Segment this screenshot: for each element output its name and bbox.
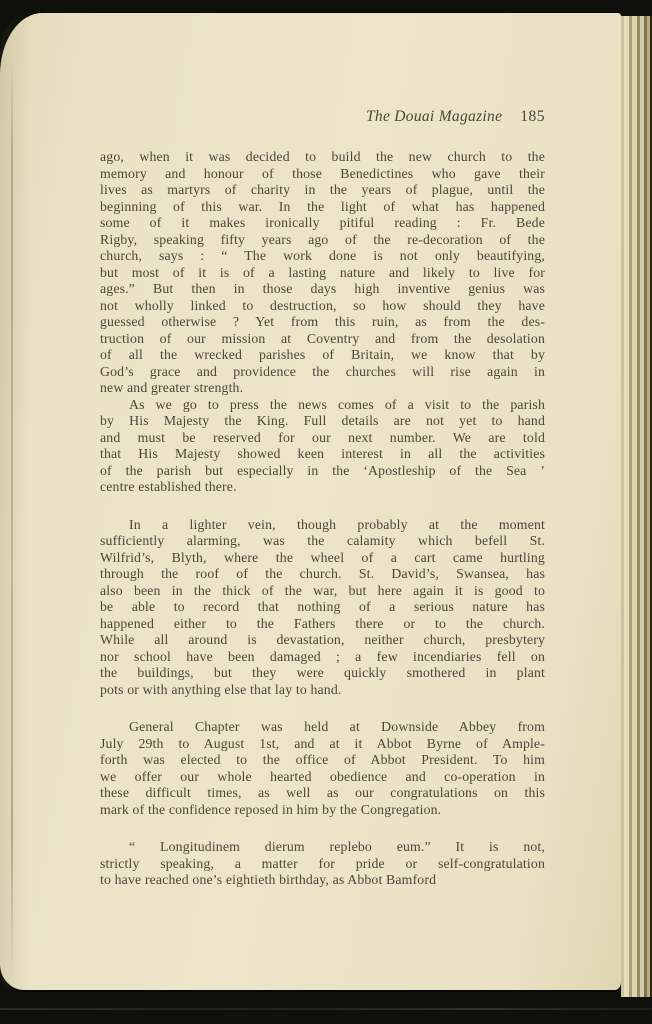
text-line: nor school have been damaged ; a few inc…: [100, 649, 545, 666]
paragraph: As we go to press the news comes of a vi…: [100, 397, 545, 496]
text-line: through the roof of the church. St. Davi…: [100, 566, 545, 583]
text-line: July 29th to August 1st, and at it Abbot…: [100, 736, 545, 753]
text-line: beginning of this war. In the light of w…: [100, 199, 545, 216]
book-scan: The Douai Magazine 185 ago, when it was …: [0, 0, 652, 1024]
text-line: guessed otherwise ? Yet from this ruin, …: [100, 314, 545, 331]
magazine-title: The Douai Magazine: [366, 108, 502, 125]
paragraph: General Chapter was held at Downside Abb…: [100, 719, 545, 818]
text-line: also been in the thick of the war, but h…: [100, 583, 545, 600]
text-line: Wilfrid’s, Blyth, where the wheel of a c…: [100, 550, 545, 567]
book-page: The Douai Magazine 185 ago, when it was …: [0, 13, 621, 990]
text-line: that His Majesty showed keen interest in…: [100, 446, 545, 463]
text-line: be able to record that nothing of a seri…: [100, 599, 545, 616]
page-edge-stack: [621, 16, 652, 997]
text-line: Rigby, speaking fifty years ago of the r…: [100, 232, 545, 249]
paragraph: In a lighter vein, though probably at th…: [100, 517, 545, 699]
text-line: God’s grace and providence the churches …: [100, 364, 545, 381]
text-line: mark of the confidence reposed in him by…: [100, 802, 545, 819]
text-line: ages.” But then in those days high inven…: [100, 281, 545, 298]
text-line: memory and honour of those Benedictines …: [100, 166, 545, 183]
text-line: sufficiently alarming, was the calamity …: [100, 533, 545, 550]
text-line: “ Longitudinem dierum replebo eum.” It i…: [100, 839, 545, 856]
text-line: to have reached one’s eightieth birthday…: [100, 872, 545, 889]
text-line: General Chapter was held at Downside Abb…: [100, 719, 545, 736]
text-line: new and greater strength.: [100, 380, 545, 397]
text-line: truction of our mission at Coventry and …: [100, 331, 545, 348]
text-line: but most of it is of a lasting nature an…: [100, 265, 545, 282]
page-body: ago, when it was decided to build the ne…: [100, 149, 545, 889]
text-line: the buildings, but they were quickly smo…: [100, 665, 545, 682]
text-line: As we go to press the news comes of a vi…: [100, 397, 545, 414]
text-line: some of it makes ironically pitiful read…: [100, 215, 545, 232]
text-line: strictly speaking, a matter for pride or…: [100, 856, 545, 873]
book-cover-edge-top: [0, 9, 652, 12]
text-line: church, says : “ The work done is not on…: [100, 248, 545, 265]
text-line: not wholly linked to destruction, so how…: [100, 298, 545, 315]
text-line: pots or with anything else that lay to h…: [100, 682, 545, 699]
text-line: of the parish but especially in the ‘Apo…: [100, 463, 545, 480]
book-cover-edge-bottom: [0, 1008, 652, 1010]
text-line: these difficult times, as well as our co…: [100, 785, 545, 802]
text-line: happened either to the Fathers there or …: [100, 616, 545, 633]
text-line: we offer our whole hearted obedience and…: [100, 769, 545, 786]
text-line: While all around is devastation, neither…: [100, 632, 545, 649]
page-number: 185: [520, 108, 545, 125]
text-line: lives as martyrs of charity in the years…: [100, 182, 545, 199]
text-line: ago, when it was decided to build the ne…: [100, 149, 545, 166]
text-line: and must be reserved for our next number…: [100, 430, 545, 447]
text-line: forth was elected to the office of Abbot…: [100, 752, 545, 769]
paragraph: ago, when it was decided to build the ne…: [100, 149, 545, 397]
text-line: In a lighter vein, though probably at th…: [100, 517, 545, 534]
paragraph: “ Longitudinem dierum replebo eum.” It i…: [100, 839, 545, 889]
text-line: centre established there.: [100, 479, 545, 496]
page-fold-line: [11, 59, 13, 976]
running-header: The Douai Magazine 185: [100, 108, 545, 126]
text-line: by His Majesty the King. Full details ar…: [100, 413, 545, 430]
text-line: of all the wrecked parishes of Britain, …: [100, 347, 545, 364]
